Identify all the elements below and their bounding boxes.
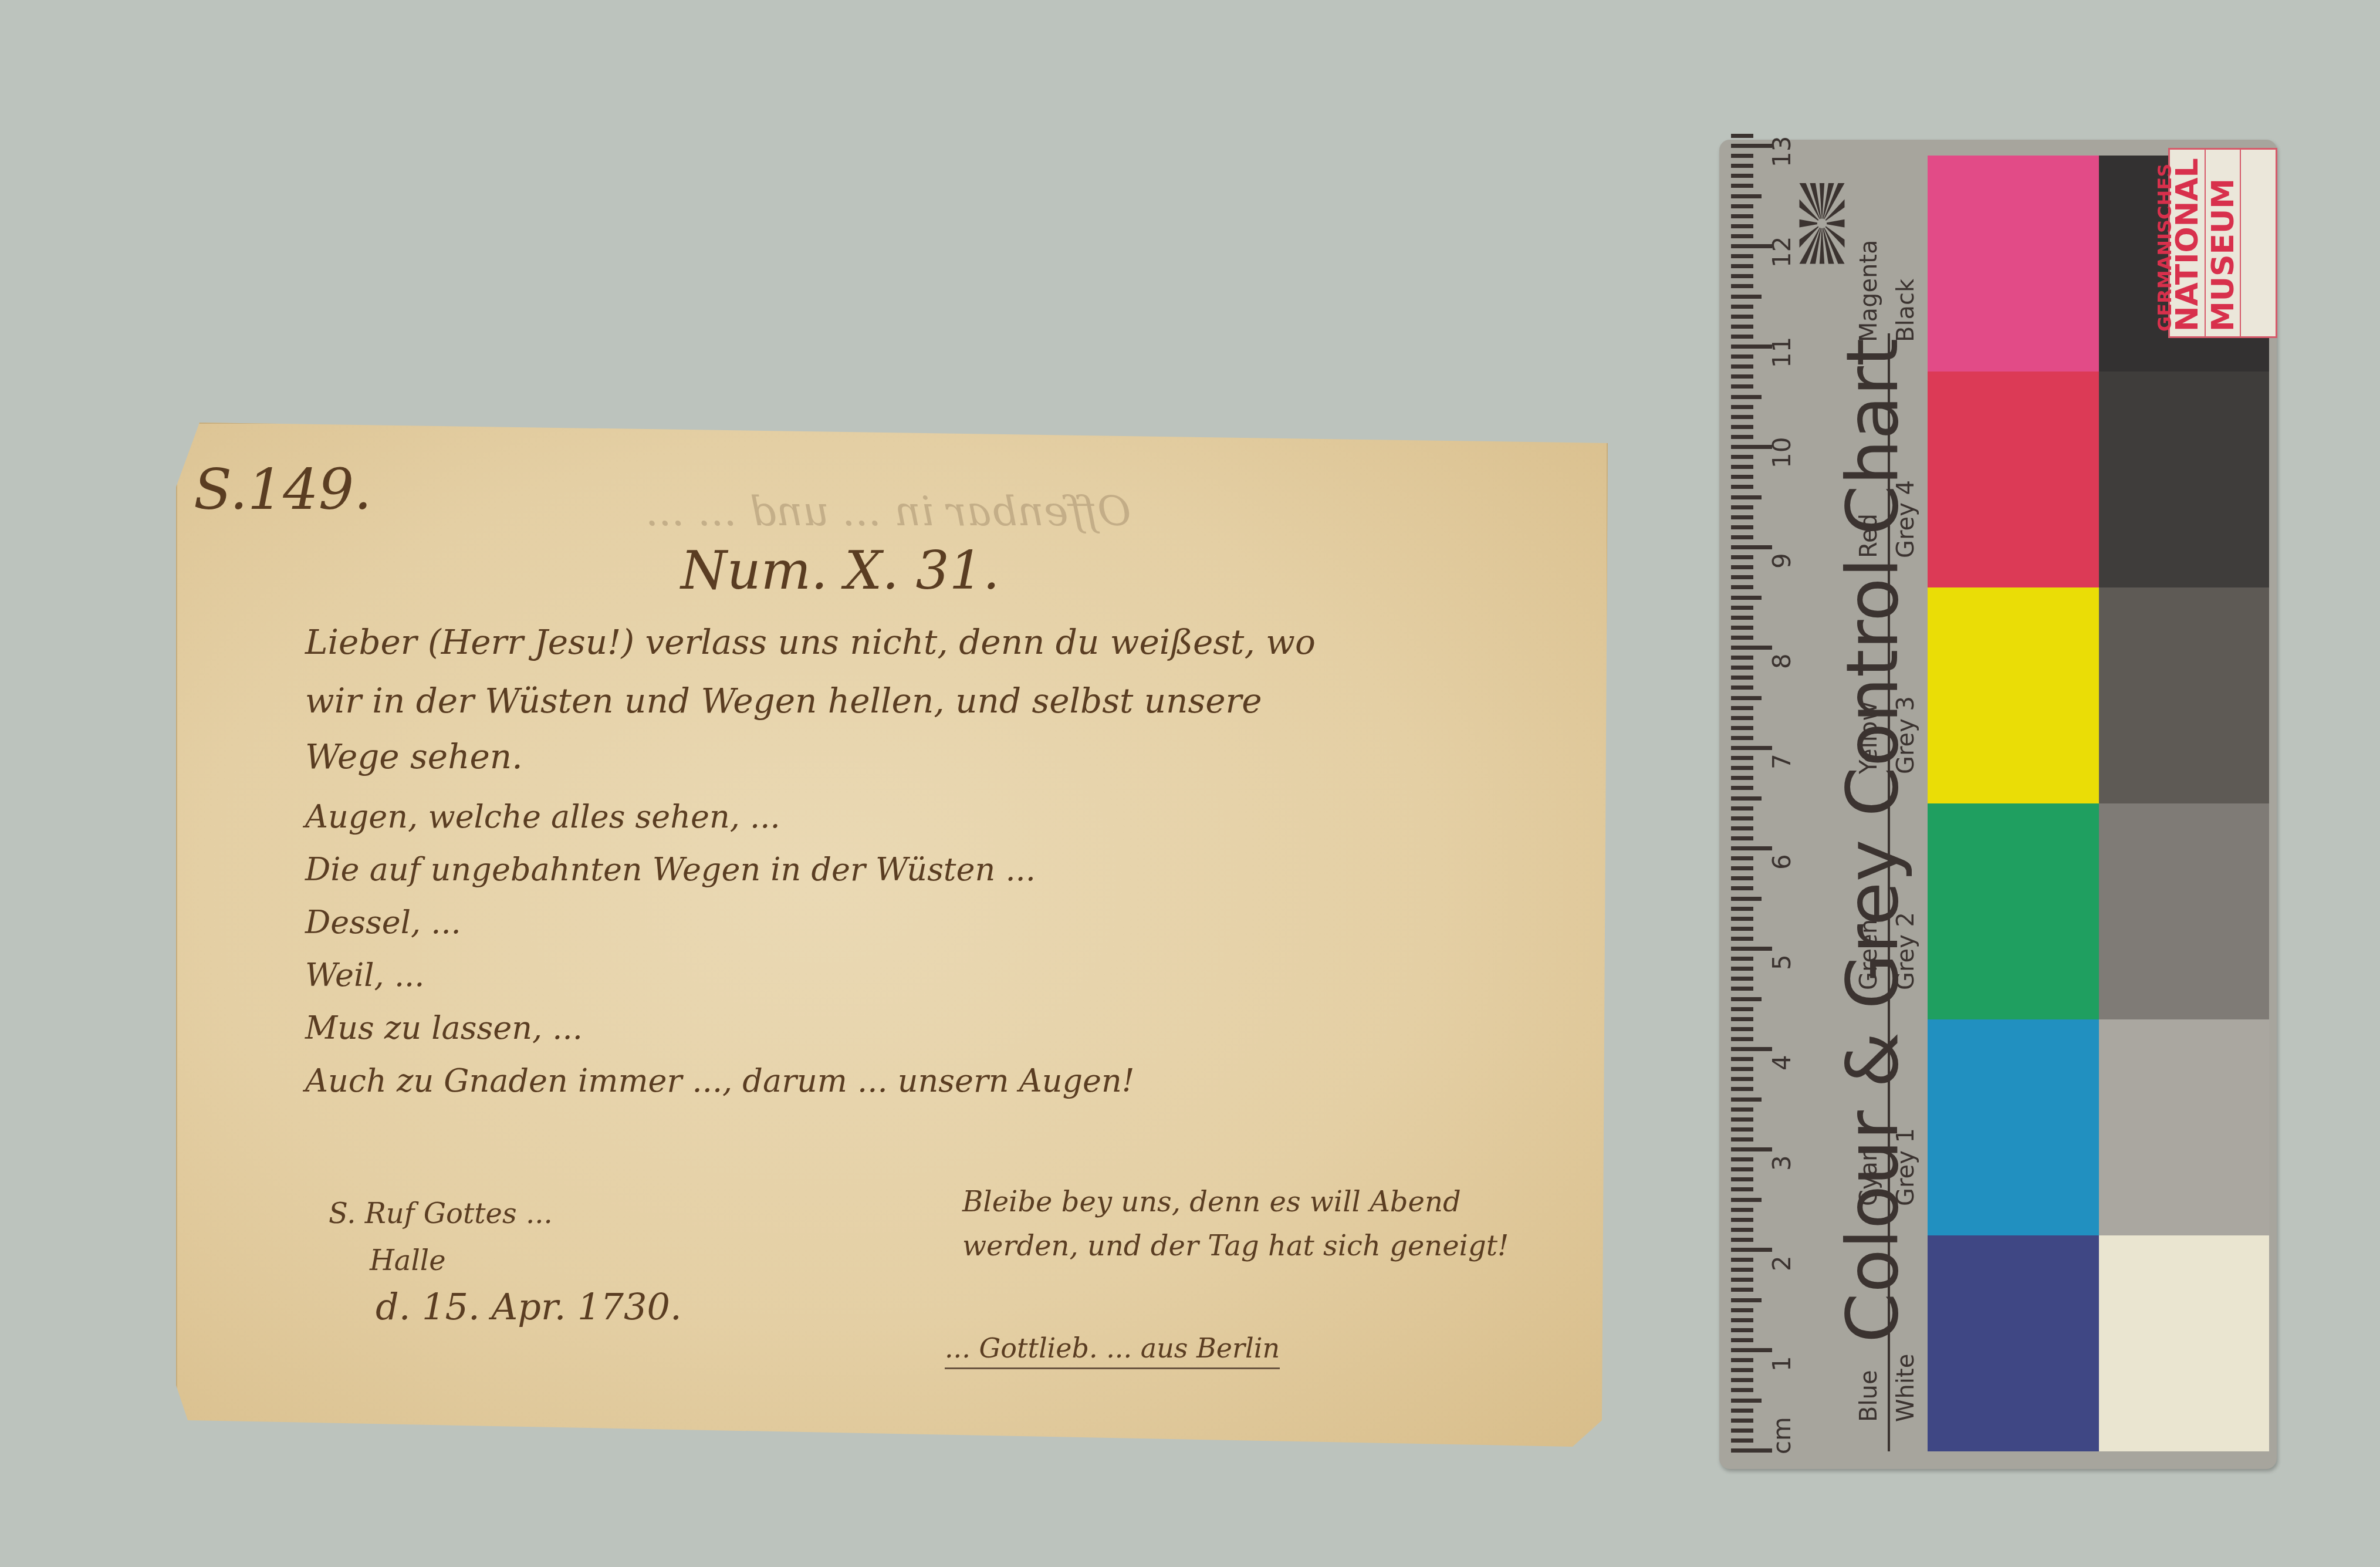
ruler-tick [1731,415,1753,419]
ruler-tick [1731,1228,1753,1232]
ruler-tick [1731,826,1753,830]
ruler-tick [1731,1067,1753,1071]
ruler-tick [1731,1419,1753,1423]
closing-left-line: S. Ruf Gottes ... [329,1197,553,1230]
ruler-tick [1731,1428,1753,1433]
ruler-tick [1731,1037,1753,1041]
ruler-tick [1731,666,1753,670]
grey-label: Grey 1 [1892,1128,1919,1206]
body-line: Auch zu Gnaden immer ..., darum ... unse… [305,1062,1135,1099]
ruler-tick [1731,244,1772,248]
brand-line-2: NATIONAL [2170,158,2205,332]
ruler-tick [1731,866,1753,870]
ruler-tick [1731,846,1772,850]
colour-patch-blue [1928,1235,2099,1451]
ruler-tick [1731,957,1753,961]
ruler-tick [1731,1298,1762,1302]
body-line: Lieber (Herr Jesu!) verlass uns nicht, d… [305,622,1316,662]
ruler-tick [1731,295,1762,299]
closing-right-line1: Bleibe bey uns, denn es will Abend [962,1186,1461,1218]
ruler-tick [1731,876,1753,880]
ruler-tick [1731,1448,1772,1453]
ruler-tick [1731,756,1753,760]
ruler-tick [1731,1378,1753,1382]
shelf-mark: S.149. [194,458,371,522]
ruler-tick [1731,465,1753,469]
grey-label: White [1892,1354,1919,1422]
ruler-tick [1731,425,1753,429]
ruler-tick [1731,1177,1753,1181]
ruler-unit: cm [1767,1417,1796,1454]
ruler-tick [1731,264,1753,268]
starburst-logo-icon [1769,179,1875,308]
grey-patch-grey-2 [2099,803,2269,1019]
colour-control-chart: cm12345678910111213 Colour & Grey Contro… [1719,140,2277,1469]
colour-label: Green [1855,919,1882,990]
ruler-tick [1731,1438,1753,1443]
museum-logo: GERMANISCHES NATIONAL MUSEUM [2168,148,2277,338]
colour-patch-yellow [1928,587,2099,803]
colour-patch-magenta [1928,156,2099,372]
ruler-number: 10 [1767,437,1796,468]
ruler-tick [1731,1007,1753,1011]
ruler-tick [1731,746,1772,750]
ruler-tick [1731,164,1753,168]
colour-patch-green [1928,803,2099,1019]
ruler-tick [1731,1278,1753,1282]
ruler-number: 1 [1767,1356,1796,1372]
ruler-tick [1731,1187,1753,1191]
ruler-tick [1731,525,1753,529]
body-line: Dessel, ... [305,904,461,941]
cm-ruler: cm12345678910111213 [1731,151,1784,1460]
ruler-tick [1731,274,1753,278]
grey-label: Black [1892,279,1919,342]
ruler-tick [1731,515,1753,519]
ruler-tick [1731,1147,1772,1151]
ruler-tick [1731,1107,1753,1112]
ruler-number: 8 [1767,653,1796,669]
ruler-tick [1731,886,1753,890]
ruler-tick [1731,596,1762,600]
ruler-tick [1731,626,1753,630]
ruler-tick [1731,646,1772,650]
ruler-number: 5 [1767,954,1796,970]
grey-patch-grey-4 [2099,372,2269,587]
brand-line-3: MUSEUM [2206,178,2241,332]
ruler-tick [1731,254,1753,258]
ruler-tick [1731,606,1753,610]
ruler-tick [1731,495,1762,499]
letter-heading: Num. X. 31. [681,540,1000,602]
grey-patch-grey-1 [2099,1019,2269,1235]
ruler-tick [1731,997,1762,1001]
closing-right-line2: werden, und der Tag hat sich geneigt! [962,1230,1509,1262]
ruler-tick [1731,204,1753,208]
ruler-tick [1731,485,1753,489]
ruler-tick [1731,144,1772,148]
ruler-tick [1731,1388,1753,1392]
ruler-tick [1731,796,1762,801]
ruler-tick [1731,1027,1753,1031]
closing-place: Halle [370,1244,446,1277]
ruler-tick [1731,224,1753,228]
body-line: Augen, welche alles sehen, ... [305,798,780,835]
ruler-tick [1731,685,1753,690]
ruler-tick [1731,706,1753,710]
ruler-tick [1731,455,1753,459]
ruler-tick [1731,766,1753,770]
ruler-tick [1731,676,1753,680]
ruler-tick [1731,1308,1753,1312]
ruler-tick [1731,214,1753,218]
ruler-tick [1731,194,1762,198]
ruler-tick [1731,374,1753,379]
ruler-tick [1731,1017,1753,1021]
ruler-tick [1731,1077,1753,1081]
ruler-tick [1731,937,1753,941]
ruler-tick [1731,1399,1762,1403]
ruler-tick [1731,1368,1753,1372]
ruler-tick [1731,384,1753,389]
ruler-tick [1731,1348,1772,1352]
ruler-tick [1731,907,1753,911]
ruler-tick [1731,947,1772,951]
colour-patch-red [1928,372,2099,587]
ruler-tick [1731,1087,1753,1091]
ruler-tick [1731,555,1753,559]
ruler-number: 13 [1767,136,1796,167]
ruler-tick [1731,1127,1753,1132]
ruler-tick [1731,234,1753,238]
ruler-tick [1731,1318,1753,1322]
ruler-tick [1731,435,1753,439]
ruler-tick [1731,565,1753,569]
label-divider [1888,333,1890,1451]
body-line: Mus zu lassen, ... [305,1009,583,1046]
ruler-tick [1731,184,1753,188]
ruler-tick [1731,1409,1753,1413]
ruler-tick [1731,806,1753,810]
ruler-tick [1731,1338,1753,1342]
ruler-tick [1731,1258,1753,1262]
ruler-tick [1731,897,1762,901]
ruler-number: 2 [1767,1255,1796,1271]
ruler-tick [1731,134,1753,138]
handwritten-letter: Offenbar in ... und ... ... S.149. Num. … [176,423,1608,1450]
ruler-tick [1731,545,1772,549]
colour-label: Red [1855,514,1882,558]
ruler-tick [1731,1137,1753,1142]
ruler-tick [1731,1328,1753,1332]
grey-patch-grey-3 [2099,587,2269,803]
ruler-tick [1731,1238,1753,1242]
ruler-tick [1731,616,1753,620]
ruler-tick [1731,154,1753,158]
ruler-tick [1731,1268,1753,1272]
ruler-tick [1731,305,1753,309]
ruler-tick [1731,816,1753,820]
ruler-number: 11 [1767,337,1796,368]
letter-date: d. 15. Apr. 1730. [376,1285,682,1328]
bleed-through-text: Offenbar in ... und ... ... [645,487,1131,535]
ruler-tick [1731,1198,1762,1202]
ruler-tick [1731,575,1753,579]
ruler-tick [1731,354,1753,359]
ruler-tick [1731,776,1753,780]
ruler-tick [1731,1047,1772,1051]
body-line: wir in der Wüsten und Wegen hellen, und … [305,681,1262,721]
ruler-tick [1731,505,1753,509]
ruler-tick [1731,364,1753,369]
ruler-tick [1731,1208,1753,1212]
ruler-tick [1731,977,1753,981]
body-line: Wege sehen. [305,737,523,776]
colour-label: Blue [1855,1370,1882,1422]
body-line: Weil, ... [305,957,424,994]
ruler-tick [1731,786,1753,790]
ruler-tick [1731,335,1753,339]
ruler-tick [1731,736,1753,740]
grey-patch-white [2099,1235,2269,1451]
ruler-tick [1731,284,1753,288]
ruler-tick [1731,987,1753,991]
ruler-tick [1731,1117,1753,1122]
grey-label: Grey 2 [1892,912,1919,990]
ruler-tick [1731,1167,1753,1171]
ruler-tick [1731,445,1772,449]
grey-label: Grey 3 [1892,696,1919,774]
signature: ... Gottlieb. ... aus Berlin [945,1332,1280,1369]
ruler-tick [1731,1288,1753,1292]
ruler-tick [1731,927,1753,931]
ruler-tick [1731,1057,1753,1061]
ruler-number: 3 [1767,1155,1796,1171]
colour-patch-cyan [1928,1019,2099,1235]
ruler-tick [1731,325,1753,329]
ruler-tick [1731,1248,1772,1252]
ruler-tick [1731,917,1753,921]
ruler-tick [1731,174,1753,178]
colour-label: Cyan [1855,1147,1882,1206]
ruler-tick [1731,315,1753,319]
ruler-number: 4 [1767,1055,1796,1070]
ruler-tick [1731,345,1772,349]
ruler-number: 7 [1767,754,1796,769]
ruler-tick [1731,836,1753,840]
ruler-tick [1731,395,1762,399]
ruler-tick [1731,696,1762,700]
ruler-tick [1731,585,1753,589]
ruler-tick [1731,1358,1753,1362]
ruler-tick [1731,656,1753,660]
ruler-tick [1731,535,1753,539]
ruler-number: 9 [1767,553,1796,569]
grey-label: Grey 4 [1892,480,1919,558]
ruler-tick [1731,1097,1762,1102]
ruler-tick [1731,856,1753,860]
ruler-tick [1731,636,1753,640]
ruler-tick [1731,967,1753,971]
colour-label: Yellow [1855,702,1882,774]
ruler-tick [1731,475,1753,479]
ruler-number: 6 [1767,854,1796,870]
ruler-tick [1731,716,1753,720]
ruler-tick [1731,1218,1753,1222]
body-line: Die auf ungebahnten Wegen in der Wüsten … [305,851,1036,888]
ruler-tick [1731,405,1753,409]
ruler-tick [1731,726,1753,730]
ruler-tick [1731,1157,1753,1161]
